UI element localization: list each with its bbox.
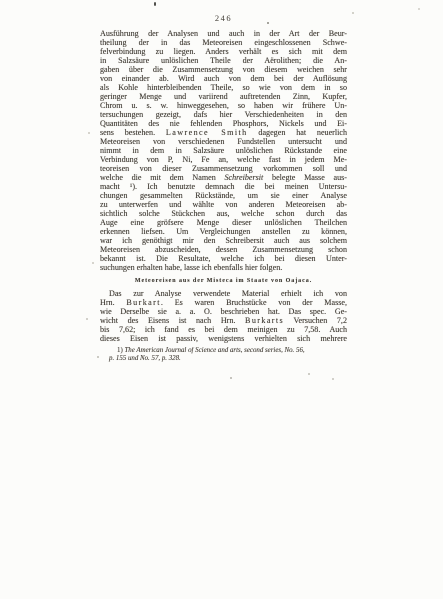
text-segment: geringer Menge und variirend auftretende… [100, 92, 347, 101]
text-line: Hrn. Burkart. Es waren Bruchstücke von d… [100, 298, 347, 307]
text-line: tersuchungen gezeigt, dafs hier Verschie… [100, 110, 347, 119]
text-segment: sichtlich solche Stückchen aus, welche s… [100, 209, 347, 218]
text-segment: Das zur Analyse verwendete Material erhi… [109, 289, 347, 298]
text-line: chungen gesammelten Rückstände, um sie e… [100, 191, 347, 200]
text-line: wie Derselbe sie a. a. O. beschrieben ha… [100, 307, 347, 316]
scan-speck [154, 2, 156, 6]
text-segment: dieses Eisen ist passiv, wenigstens verh… [100, 334, 347, 343]
text-line: bis 7,62; ich fand es bei dem meinigen z… [100, 325, 347, 334]
text-segment: Chrom u. s. w. hinweggesehen, so haben w… [100, 101, 347, 110]
letterspaced-name: Lawrence Smith [166, 128, 248, 137]
text-segment: wicht des Eisens ist nach Hrn. [100, 316, 245, 325]
text-segment: sens bestehen. [100, 128, 166, 137]
text-segment: Hrn. [100, 298, 126, 307]
text-line: Chrom u. s. w. hinweggesehen, so haben w… [100, 101, 347, 110]
scan-speck [97, 356, 99, 358]
text-segment: wie Derselbe sie a. a. O. beschrieben ha… [100, 307, 347, 316]
italic-text: p. 155 und No. 57, p. 328. [109, 355, 181, 362]
text-segment: in Salzsäure unlöslichen Theile der Aëro… [100, 56, 347, 65]
text-segment: Meteoreisen von verschiedenen Fundstelle… [100, 137, 347, 146]
text-line: theilung der in das Meteoreisen eingesch… [100, 38, 347, 47]
text-segment: felverbindung zu liegen. Anders verhält … [100, 47, 347, 56]
text-line: gaben über die Zusammensetzung von diese… [100, 65, 347, 74]
text-segment: zu unterwerfen und wählte von anderen Me… [100, 200, 347, 209]
text-line: sens bestehen. Lawrence Smith dagegen ha… [100, 128, 347, 137]
text-line: felverbindung zu liegen. Anders verhält … [100, 47, 347, 56]
text-segment: teoreisen von dieser Zusammensetzung vor… [100, 164, 347, 173]
text-line: Ausführung der Analysen und auch in der … [100, 29, 347, 38]
scan-speck [88, 132, 90, 134]
text-line: Auge eine gröfsere Menge dieser unlöslic… [100, 218, 347, 227]
text-line: teoreisen von dieser Zusammensetzung vor… [100, 164, 347, 173]
scan-speck [352, 12, 354, 14]
text-line: Quantitäten des nie fehlenden Phosphors,… [100, 119, 347, 128]
letterspaced-name: Burkarts [245, 316, 284, 325]
text-line: bekannt ist. Die Resultate, welche ich b… [100, 254, 347, 263]
body-paragraph-1: Ausführung der Analysen und auch in der … [100, 29, 347, 272]
text-segment: bekannt ist. Die Resultate, welche ich b… [100, 254, 347, 263]
text-segment: erkennen liefsen. Um Vergleichungen anst… [100, 227, 347, 236]
text-segment: von einander ab. Wird auch von dem bei d… [100, 74, 347, 83]
footnote: 1) The American Journal of Science and a… [100, 347, 347, 363]
text-line: macht ¹). Ich benutzte demnach die bei m… [100, 182, 347, 191]
scan-speck [230, 377, 232, 379]
text-line: Meteoreisen von verschiedenen Fundstelle… [100, 137, 347, 146]
text-line: wicht des Eisens ist nach Hrn. Burkarts … [100, 316, 347, 325]
text-segment: chungen gesammelten Rückstände, um sie e… [100, 191, 347, 200]
text-line: als Kohle hinterbleibenden Theile, so wi… [100, 83, 347, 92]
text-segment: bis 7,62; ich fand es bei dem meinigen z… [100, 325, 347, 334]
text-segment: welche die mit dem Namen [100, 173, 224, 182]
text-line: in Salzsäure unlöslichen Theile der Aëro… [100, 56, 347, 65]
text-line: dieses Eisen ist passiv, wenigstens verh… [100, 334, 347, 343]
text-segment: dagegen hat neuerlich [248, 128, 347, 137]
body-paragraph-2: Das zur Analyse verwendete Material erhi… [100, 289, 347, 343]
text-segment: Auge eine gröfsere Menge dieser unlöslic… [100, 218, 347, 227]
text-line: welche die mit dem Namen Schreibersit be… [100, 173, 347, 182]
footnote-line: p. 155 und No. 57, p. 328. [100, 355, 347, 363]
text-line: suchungen erhalten habe, lasse ich ebenf… [100, 263, 347, 272]
italic-text: The American Journal of Science and arts… [124, 347, 304, 354]
text-segment: Ausführung der Analysen und auch in der … [100, 29, 347, 38]
text-segment: war ich genöthigt mir den Schreibersit a… [100, 236, 347, 245]
text-line: Verbindung von P, Ni, Fe an, welche fast… [100, 155, 347, 164]
scan-speck [332, 378, 334, 380]
text-segment: suchungen erhalten habe, lasse ich ebenf… [100, 263, 282, 272]
text-line: von einander ab. Wird auch von dem bei d… [100, 74, 347, 83]
text-block: 246 Ausführung der Analysen und auch in … [100, 13, 347, 363]
text-segment: belegte Masse aus- [263, 173, 347, 182]
text-segment: . Es waren Bruchstücke von der Masse, [161, 298, 347, 307]
text-line: sichtlich solche Stückchen aus, welche s… [100, 209, 347, 218]
text-segment: Verbindung von P, Ni, Fe an, welche fast… [100, 155, 347, 164]
scan-speck [308, 373, 310, 375]
italic-text: Schreibersit [224, 173, 263, 182]
page-number: 246 [100, 13, 347, 23]
text-line: Meteoreisen abzuscheiden, dessen Zusamme… [100, 245, 347, 254]
section-heading: Meteoreisen aus der Misteca im Staate vo… [100, 278, 347, 284]
scan-speck [418, 8, 420, 10]
text-segment: als Kohle hinterbleibenden Theile, so wi… [100, 83, 347, 92]
text-segment: Versuchen 7,2 [284, 316, 347, 325]
text-segment: nimmt in dem in Salzsäure unlöslichen Rü… [100, 146, 347, 155]
text-segment: macht ¹). Ich benutzte demnach die bei m… [100, 182, 347, 191]
text-segment: gaben über die Zusammensetzung von diese… [100, 65, 347, 74]
footnote-line: 1) The American Journal of Science and a… [100, 347, 347, 355]
text-line: geringer Menge und variirend auftretende… [100, 92, 347, 101]
text-line: zu unterwerfen und wählte von anderen Me… [100, 200, 347, 209]
text-segment: theilung der in das Meteoreisen eingesch… [100, 38, 347, 47]
text-line: nimmt in dem in Salzsäure unlöslichen Rü… [100, 146, 347, 155]
letterspaced-name: Burkart [126, 298, 161, 307]
scan-speck [92, 262, 94, 264]
text-segment: Quantitäten des nie fehlenden Phosphors,… [100, 119, 347, 128]
text-segment: tersuchungen gezeigt, dafs hier Verschie… [100, 110, 347, 119]
text-line: Das zur Analyse verwendete Material erhi… [100, 289, 347, 298]
scanned-book-page: 246 Ausführung der Analysen und auch in … [0, 0, 443, 599]
text-segment: Meteoreisen abzuscheiden, dessen Zusamme… [100, 245, 347, 254]
text-line: war ich genöthigt mir den Schreibersit a… [100, 236, 347, 245]
text-line: erkennen liefsen. Um Vergleichungen anst… [100, 227, 347, 236]
scan-speck [86, 318, 88, 320]
